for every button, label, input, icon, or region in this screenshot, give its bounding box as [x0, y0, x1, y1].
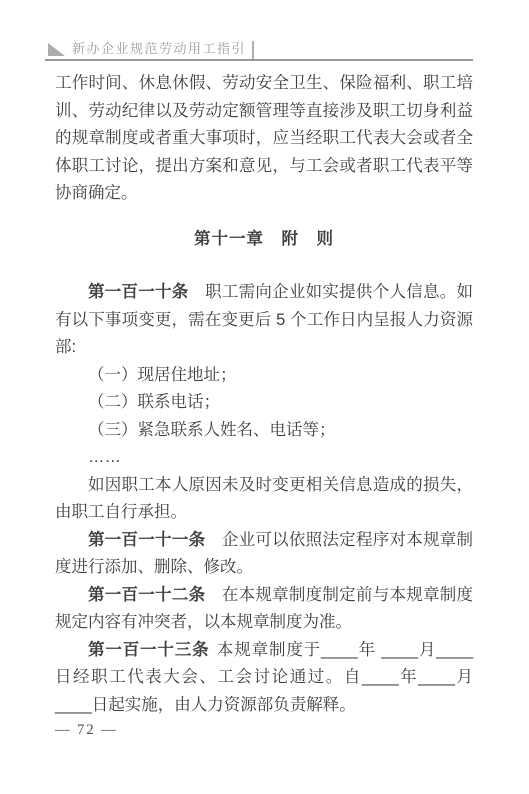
- corner-triangle-icon: [48, 43, 65, 56]
- page-number: — 72 —: [55, 722, 118, 738]
- document-page: 新办企业规范劳动用工指引 工作时间、休息休假、劳动安全卫生、保险福利、职工培训、…: [0, 0, 529, 794]
- article-113-number: 第一百一十三条: [88, 641, 209, 659]
- article-112-number: 第一百一十二条: [88, 586, 205, 604]
- page-header: 新办企业规范劳动用工指引: [45, 36, 473, 61]
- article-113: 第一百一十三条本规章制度于____年 ____月____日经职工代表大会、工会讨…: [55, 637, 473, 720]
- list-item-2: （二）联系电话；: [55, 389, 473, 417]
- paragraph-intro: 工作时间、休息休假、劳动安全卫生、保险福利、职工培训、劳动纪律以及劳动定额管理等…: [55, 70, 473, 208]
- header-divider: [252, 41, 254, 59]
- article-111-number: 第一百一十一条: [88, 531, 205, 549]
- article-110-number: 第一百一十条: [88, 283, 189, 301]
- list-item-3: （三）紧急联系人姓名、电话等；: [55, 417, 473, 445]
- list-item-1: （一）现居住地址；: [55, 362, 473, 390]
- article-111: 第一百一十一条企业可以依照法定程序对本规章制度进行添加、删除、修改。: [55, 527, 473, 582]
- article-112: 第一百一十二条在本规章制度制定前与本规章制度规定内容有冲突者，以本规章制度为准。: [55, 582, 473, 637]
- running-header-title: 新办企业规范劳动用工指引: [72, 42, 246, 59]
- ellipsis-line: ……: [55, 444, 473, 472]
- paragraph-loss: 如因职工本人原因未及时变更相关信息造成的损失，由职工自行承担。: [55, 472, 473, 527]
- page-content: 工作时间、休息休假、劳动安全卫生、保险福利、职工培训、劳动纪律以及劳动定额管理等…: [55, 60, 473, 719]
- article-110: 第一百一十条职工需向企业如实提供个人信息。如有以下事项变更，需在变更后 5 个工…: [55, 279, 473, 362]
- page-footer: — 72 —: [55, 721, 118, 739]
- chapter-title: 第十一章 附 则: [55, 226, 473, 254]
